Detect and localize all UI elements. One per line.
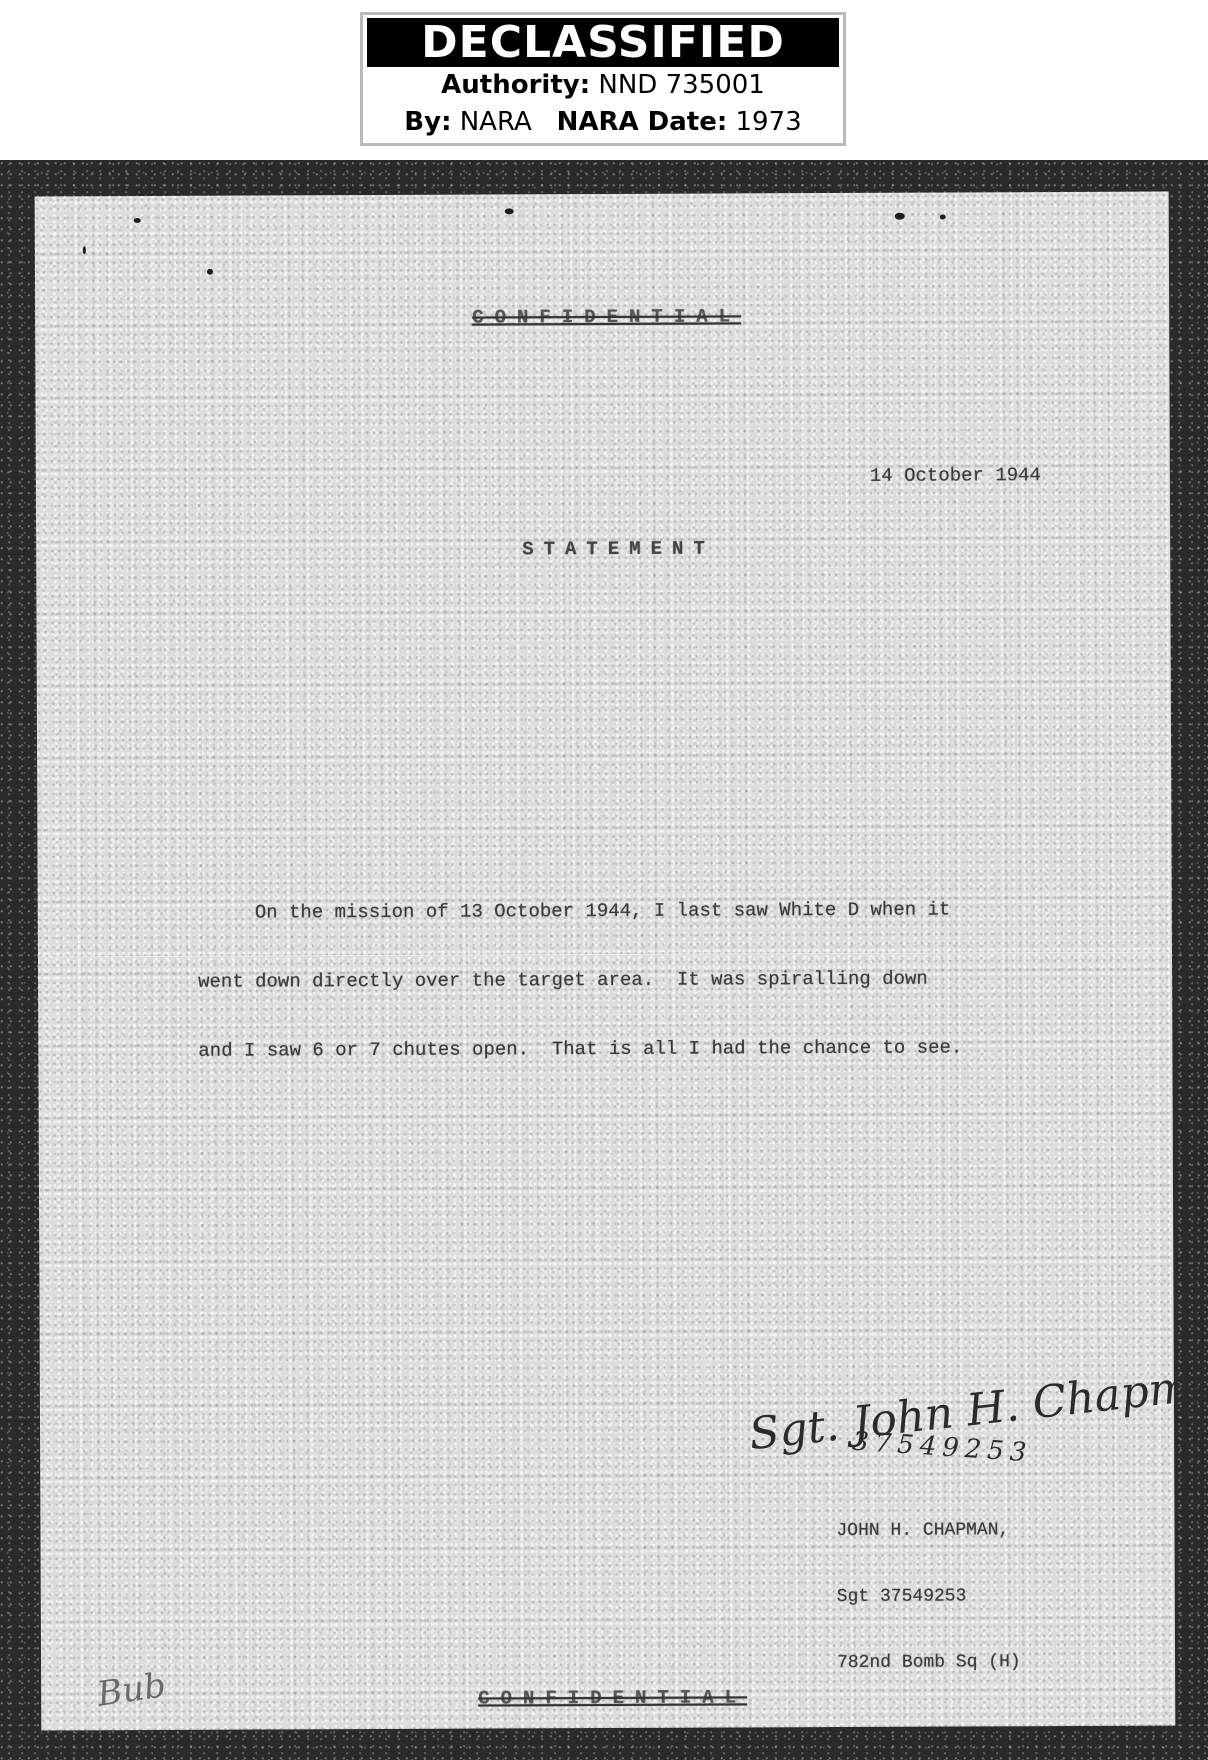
document-paper: CONFIDENTIAL 14 October 1944 STATEMENT O…: [35, 192, 1176, 1731]
statement-line: went down directly over the target area.…: [198, 967, 962, 993]
scan-speck: [83, 246, 86, 254]
scan-speck: [207, 269, 213, 275]
document-date: 14 October 1944: [870, 464, 1041, 487]
handwritten-margin-note: Bub: [95, 1665, 169, 1714]
authority-value: NND 735001: [598, 70, 764, 100]
classification-mark-top: CONFIDENTIAL: [472, 305, 741, 328]
document-heading: STATEMENT: [522, 538, 715, 561]
statement-line: and I saw 6 or 7 chutes open. That is al…: [198, 1036, 962, 1062]
by-value: NARA: [460, 107, 532, 137]
stamp-by-line: By: NARA NARA Date: 1973: [363, 104, 843, 141]
signer-rank-serial: Sgt 37549253: [837, 1585, 1021, 1608]
statement-body: On the mission of 13 October 1944, I las…: [198, 852, 963, 1108]
classification-mark-bottom: CONFIDENTIAL: [478, 1686, 747, 1709]
signature-block: JOHN H. CHAPMAN, Sgt 37549253 782nd Bomb…: [836, 1475, 1021, 1718]
scan-speck: [134, 218, 141, 223]
scan-speck: [505, 208, 514, 214]
nara-date-value: 1973: [736, 107, 802, 137]
declassified-stamp: DECLASSIFIED Authority: NND 735001 By: N…: [360, 12, 846, 146]
stamp-authority-line: Authority: NND 735001: [363, 67, 843, 104]
signer-unit: 782nd Bomb Sq (H): [837, 1651, 1021, 1674]
handwritten-service-number: 37549253: [851, 1427, 1033, 1469]
scan-speck: [895, 213, 905, 220]
statement-line: On the mission of 13 October 1944, I las…: [198, 898, 962, 924]
scanned-page-frame: CONFIDENTIAL 14 October 1944 STATEMENT O…: [0, 160, 1208, 1760]
scan-speck: [940, 215, 946, 220]
by-label: By:: [404, 107, 451, 137]
signer-name: JOHN H. CHAPMAN,: [836, 1519, 1020, 1542]
authority-label: Authority:: [441, 70, 590, 100]
stamp-title: DECLASSIFIED: [367, 18, 839, 67]
nara-date-label: NARA Date:: [557, 107, 728, 137]
